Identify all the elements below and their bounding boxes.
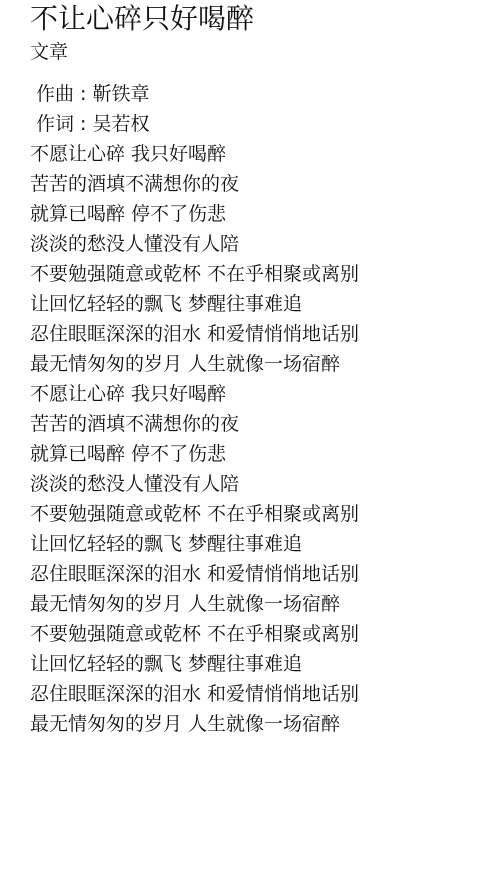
lyricist-credit: 作词 : 吴若权 bbox=[30, 109, 490, 139]
lyric-line: 忍住眼眶深深的泪水 和爱情悄悄地话别 bbox=[30, 559, 490, 589]
lyric-line: 最无情匆匆的岁月 人生就像一场宿醉 bbox=[30, 709, 490, 739]
lyrics-list: 不愿让心碎 我只好喝醉 苦苦的酒填不满想你的夜 就算已喝醉 停不了伤悲 淡淡的愁… bbox=[30, 139, 490, 739]
lyric-line: 最无情匆匆的岁月 人生就像一场宿醉 bbox=[30, 589, 490, 619]
lyric-line: 不要勉强随意或乾杯 不在乎相聚或离别 bbox=[30, 619, 490, 649]
category-label: 文章 bbox=[30, 39, 490, 65]
composer-credit: 作曲 : 靳铁章 bbox=[30, 79, 490, 109]
lyric-line: 淡淡的愁没人懂没有人陪 bbox=[30, 229, 490, 259]
lyric-line: 忍住眼眶深深的泪水 和爱情悄悄地话别 bbox=[30, 319, 490, 349]
lyric-line: 苦苦的酒填不满想你的夜 bbox=[30, 169, 490, 199]
lyric-line: 不愿让心碎 我只好喝醉 bbox=[30, 139, 490, 169]
lyric-line: 淡淡的愁没人懂没有人陪 bbox=[30, 469, 490, 499]
lyric-line: 不愿让心碎 我只好喝醉 bbox=[30, 379, 490, 409]
song-title: 不让心碎只好喝醉 bbox=[30, 0, 490, 37]
lyric-line: 苦苦的酒填不满想你的夜 bbox=[30, 409, 490, 439]
lyric-line: 忍住眼眶深深的泪水 和爱情悄悄地话别 bbox=[30, 679, 490, 709]
lyric-line: 最无情匆匆的岁月 人生就像一场宿醉 bbox=[30, 349, 490, 379]
lyric-line: 就算已喝醉 停不了伤悲 bbox=[30, 199, 490, 229]
lyric-line: 让回忆轻轻的飘飞 梦醒往事难追 bbox=[30, 289, 490, 319]
lyric-line: 让回忆轻轻的飘飞 梦醒往事难追 bbox=[30, 649, 490, 679]
lyric-line: 让回忆轻轻的飘飞 梦醒往事难追 bbox=[30, 529, 490, 559]
lyric-line: 不要勉强随意或乾杯 不在乎相聚或离别 bbox=[30, 259, 490, 289]
lyric-line: 不要勉强随意或乾杯 不在乎相聚或离别 bbox=[30, 499, 490, 529]
lyrics-page: 不让心碎只好喝醉 文章 作曲 : 靳铁章 作词 : 吴若权 不愿让心碎 我只好喝… bbox=[30, 0, 490, 739]
lyric-line: 就算已喝醉 停不了伤悲 bbox=[30, 439, 490, 469]
credits-block: 作曲 : 靳铁章 作词 : 吴若权 bbox=[30, 79, 490, 139]
